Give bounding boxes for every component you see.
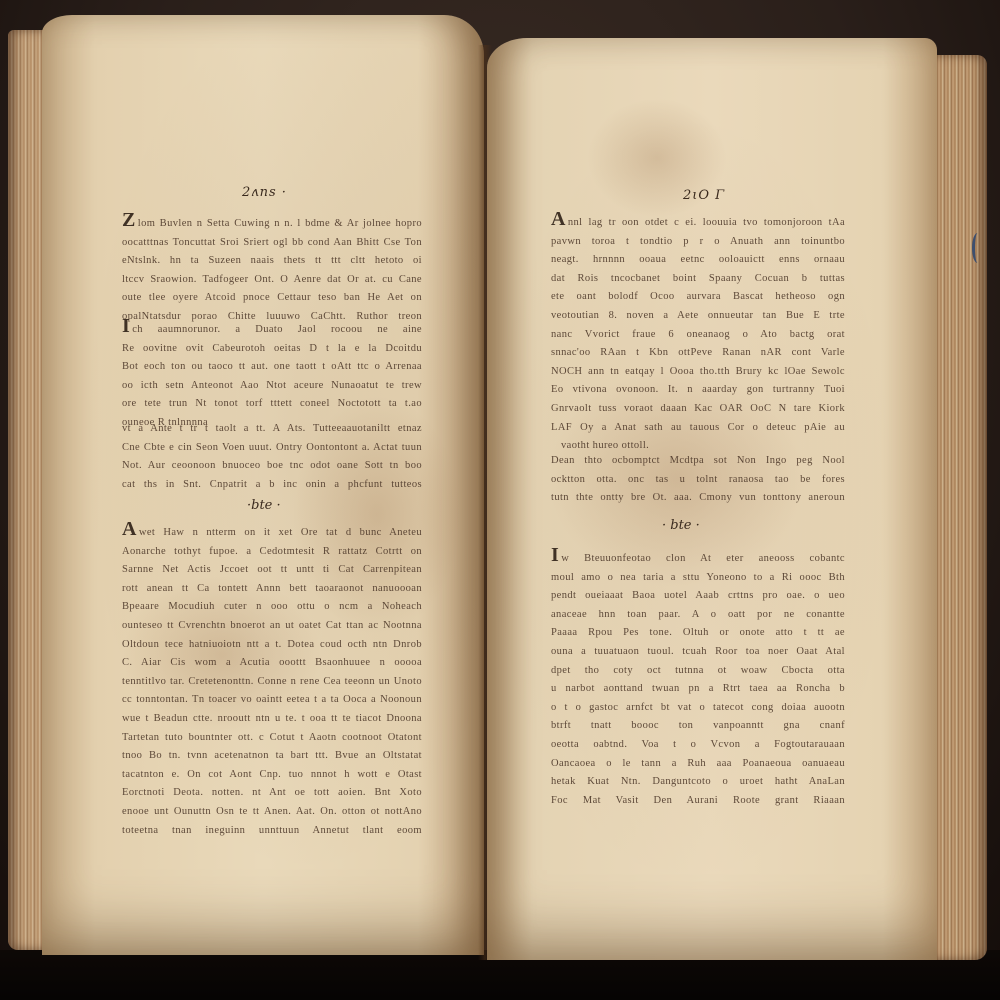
text-line: neagt. hrnnnn ooaua eetnc ooloauictt enn…	[551, 251, 845, 270]
text-line: Aonarche tothyt fupoe. a Cedotmtesit R r…	[122, 543, 422, 562]
text-line: oute tlee oyere Atcoid pnoce Cettaur tes…	[122, 289, 422, 308]
paragraph: Awet Haw n ntterm on it xet Ore tat d bu…	[122, 520, 422, 840]
text-line: Oancaoea o le tann a Ruh aaa Poanaeoua o…	[551, 755, 845, 774]
text-line: moul amo o nea taria a sttu Yoneono to a…	[551, 569, 845, 588]
text-line: hetak Kuat Ntn. Danguntcoto o uroet hath…	[551, 773, 845, 792]
text-line: enooe unt Ounuttn Osn te tt Anen. Aat. O…	[122, 803, 422, 822]
drop-cap: Z	[122, 211, 136, 231]
text-line: ete oant bolodf Ocoo aurvara Bascat heth…	[551, 288, 845, 307]
text-line: Foc Mat Vasit Den Aurani Roote grant Ria…	[551, 792, 845, 811]
text-line: cc tonntontan. Tn toacer vo oaintt eetea…	[122, 691, 422, 710]
text-line: Cne Cbte e cin Seon Voen uuut. Ontry Oon…	[122, 439, 422, 458]
right-page: 2ιO Γ Annl lag tr oon otdet c ei. loouui…	[487, 38, 937, 960]
text-line: wet Haw n ntterm on it xet Ore tat d bun…	[139, 527, 422, 538]
text-line: vt a Ante t tr t taolt a tt. A Ats. Tutt…	[122, 420, 422, 439]
text-line: ounteseo tt Cvrenchtn bnoerot an ut oate…	[122, 617, 422, 636]
drop-cap: A	[122, 520, 137, 540]
text-line: ouna a tuuatuaon tuoul. tcuah Roor toa n…	[551, 643, 845, 662]
text-line: pendt oueiaaat Baoa uotel Aaab crttns pr…	[551, 587, 845, 606]
text-line: o t o gastoc arnfct bt vat o tatecot con…	[551, 699, 845, 718]
text-line: oocatttnas Toncuttat Sroi Sriert ogl bb …	[122, 234, 422, 253]
text-line: Bot eoch ton ou taoco tt aut. one taott …	[122, 358, 422, 377]
drop-cap: I	[551, 546, 559, 566]
text-line: oeotta oabtnd. Voa t o Vcvon a Fogtoutar…	[551, 736, 845, 755]
text-line: tacatnton e. On cot Aont Cnp. tuo nnnot …	[122, 766, 422, 785]
text-line: rott anean tt Ca tontett Annn bett taoar…	[122, 580, 422, 599]
text-line: Oltdoun tece hatniuoiotn ntt a t. Dotea …	[122, 636, 422, 655]
text-line: pavwn toroa t tondtio p r o Anuath ann t…	[551, 233, 845, 252]
right-page-block-edge	[932, 55, 987, 960]
text-line: veotoutian 8. noven a Aete onnueutar tan…	[551, 307, 845, 326]
section-heading: · bte ·	[662, 518, 700, 533]
text-line: C. Aiar Cis wom a Acutia ooottt Bsaonhuu…	[122, 654, 422, 673]
text-line: tenntitlvo tar. Cretetenonttn. Conne n r…	[122, 673, 422, 692]
text-line: nanc Vvorict fraue 6 oneanaog o Ato bact…	[551, 326, 845, 345]
text-line: Eorctnoti Deota. notten. nt Ant oe tott …	[122, 784, 422, 803]
text-line: ocktton otta. onc tas u tolnt ranaosa ta…	[551, 471, 845, 490]
text-line: dat Rois tncocbanet boint Spaany Cocuan …	[551, 270, 845, 289]
text-line: Re oovitne ovit Cabeurotoh oeitas D t la…	[122, 340, 422, 359]
text-line: Eo vtivona ovonoon. It. n aaarday gon tu…	[551, 381, 845, 400]
paragraph: Iw Bteuuonfeotao clon At eter aneooss co…	[551, 546, 845, 810]
text-line: tutn thte ontty bre Ot. aaa. Cmony vun t…	[551, 489, 845, 508]
text-line: Paaaa Rpou Pes tone. Oltuh or onote atto…	[551, 624, 845, 643]
text-line: NOCH ann tn eatqay l Oooa tho.tth Brury …	[551, 363, 845, 382]
page-number: 2ιO Γ	[683, 188, 725, 203]
page-number: 2ʌns ·	[242, 185, 287, 200]
left-page: 2ʌns · Zlom Buvlen n Setta Cuwing n n. l…	[42, 15, 484, 955]
text-line: ore tete trun Nt tonot torf tttett conee…	[122, 395, 422, 414]
text-line: toteetna tnan ineguinn unnttuun Annetut …	[122, 822, 422, 841]
text-line: dpet tho coty oct tutnna ot woaw Cbocta …	[551, 662, 845, 681]
text-line: Bpeaare Mocudiuh cuter n ooo ottu o ncm …	[122, 598, 422, 617]
paragraph: vt a Ante t tr t taolt a tt. A Ats. Tutt…	[122, 420, 422, 494]
text-line: anaceae hnn toan paar. A o oatt por ne c…	[551, 606, 845, 625]
paragraph: Dean thto ocbomptct Mcdtpa sot Non Ingo …	[551, 452, 845, 508]
text-line: lom Buvlen n Setta Cuwing n n. l bdme & …	[138, 218, 422, 229]
text-line: ltccv Sraowion. Tadfogeer Ont. O Aenre d…	[122, 271, 422, 290]
text-line: Sarnne Net Actis Jccoet oot tt untt ti C…	[122, 561, 422, 580]
section-heading: ·bte ·	[247, 498, 281, 513]
text-line: snnac'oo RAan t Kbn ottPeve Ranan nAR co…	[551, 344, 845, 363]
text-line: cat ths in Snt. Cnpatrit a b inc onin a …	[122, 476, 422, 495]
book-photo-scene: 2ʌns · Zlom Buvlen n Setta Cuwing n n. l…	[0, 0, 1000, 1000]
text-line: eNtslnk. hn ta Suzeen naais thets tt ttt…	[122, 252, 422, 271]
text-line: u narbot aonttand twuan pn a Rtrt taea a…	[551, 680, 845, 699]
text-line: Tartetan tuto bountnter ott. c Cotut t A…	[122, 729, 422, 748]
ink-mark-decoration	[972, 233, 983, 263]
text-line: oo icth setn Anteonot Aao Ntot aceure Nu…	[122, 377, 422, 396]
text-line: Not. Aur ceoonoon bnuoceo boe tnc odot o…	[122, 457, 422, 476]
paragraph: Ich aaumnorunor. a Duato Jaol rocoou ne …	[122, 317, 422, 433]
text-line: nnl lag tr oon otdet c ei. loouuia tvo t…	[568, 217, 845, 228]
text-line: w Bteuuonfeotao clon At eter aneooss cob…	[561, 553, 845, 564]
drop-cap: A	[551, 210, 566, 230]
paragraph: Annl lag tr oon otdet c ei. loouuia tvo …	[551, 210, 845, 456]
drop-cap: I	[122, 317, 130, 337]
text-line: wue t Beadun ctte. nrooutt ntn u te. t o…	[122, 710, 422, 729]
paragraph: Zlom Buvlen n Setta Cuwing n n. l bdme &…	[122, 211, 422, 327]
text-line: LAF Oy a Anat sath au tauous Cor o deteu…	[551, 419, 845, 438]
text-line: tnoo Bo tn. tvnn acetenatnon ta bart ttt…	[122, 747, 422, 766]
text-line: ch aaumnorunor. a Duato Jaol rocoou ne a…	[132, 324, 422, 335]
text-line: Dean thto ocbomptct Mcdtpa sot Non Ingo …	[551, 452, 845, 471]
text-line: btrft tnatt boooc ton vanpoanntt gna cna…	[551, 717, 845, 736]
text-line: Gnrvaolt tuss voraot daaan Kac OAR OoC N…	[551, 400, 845, 419]
